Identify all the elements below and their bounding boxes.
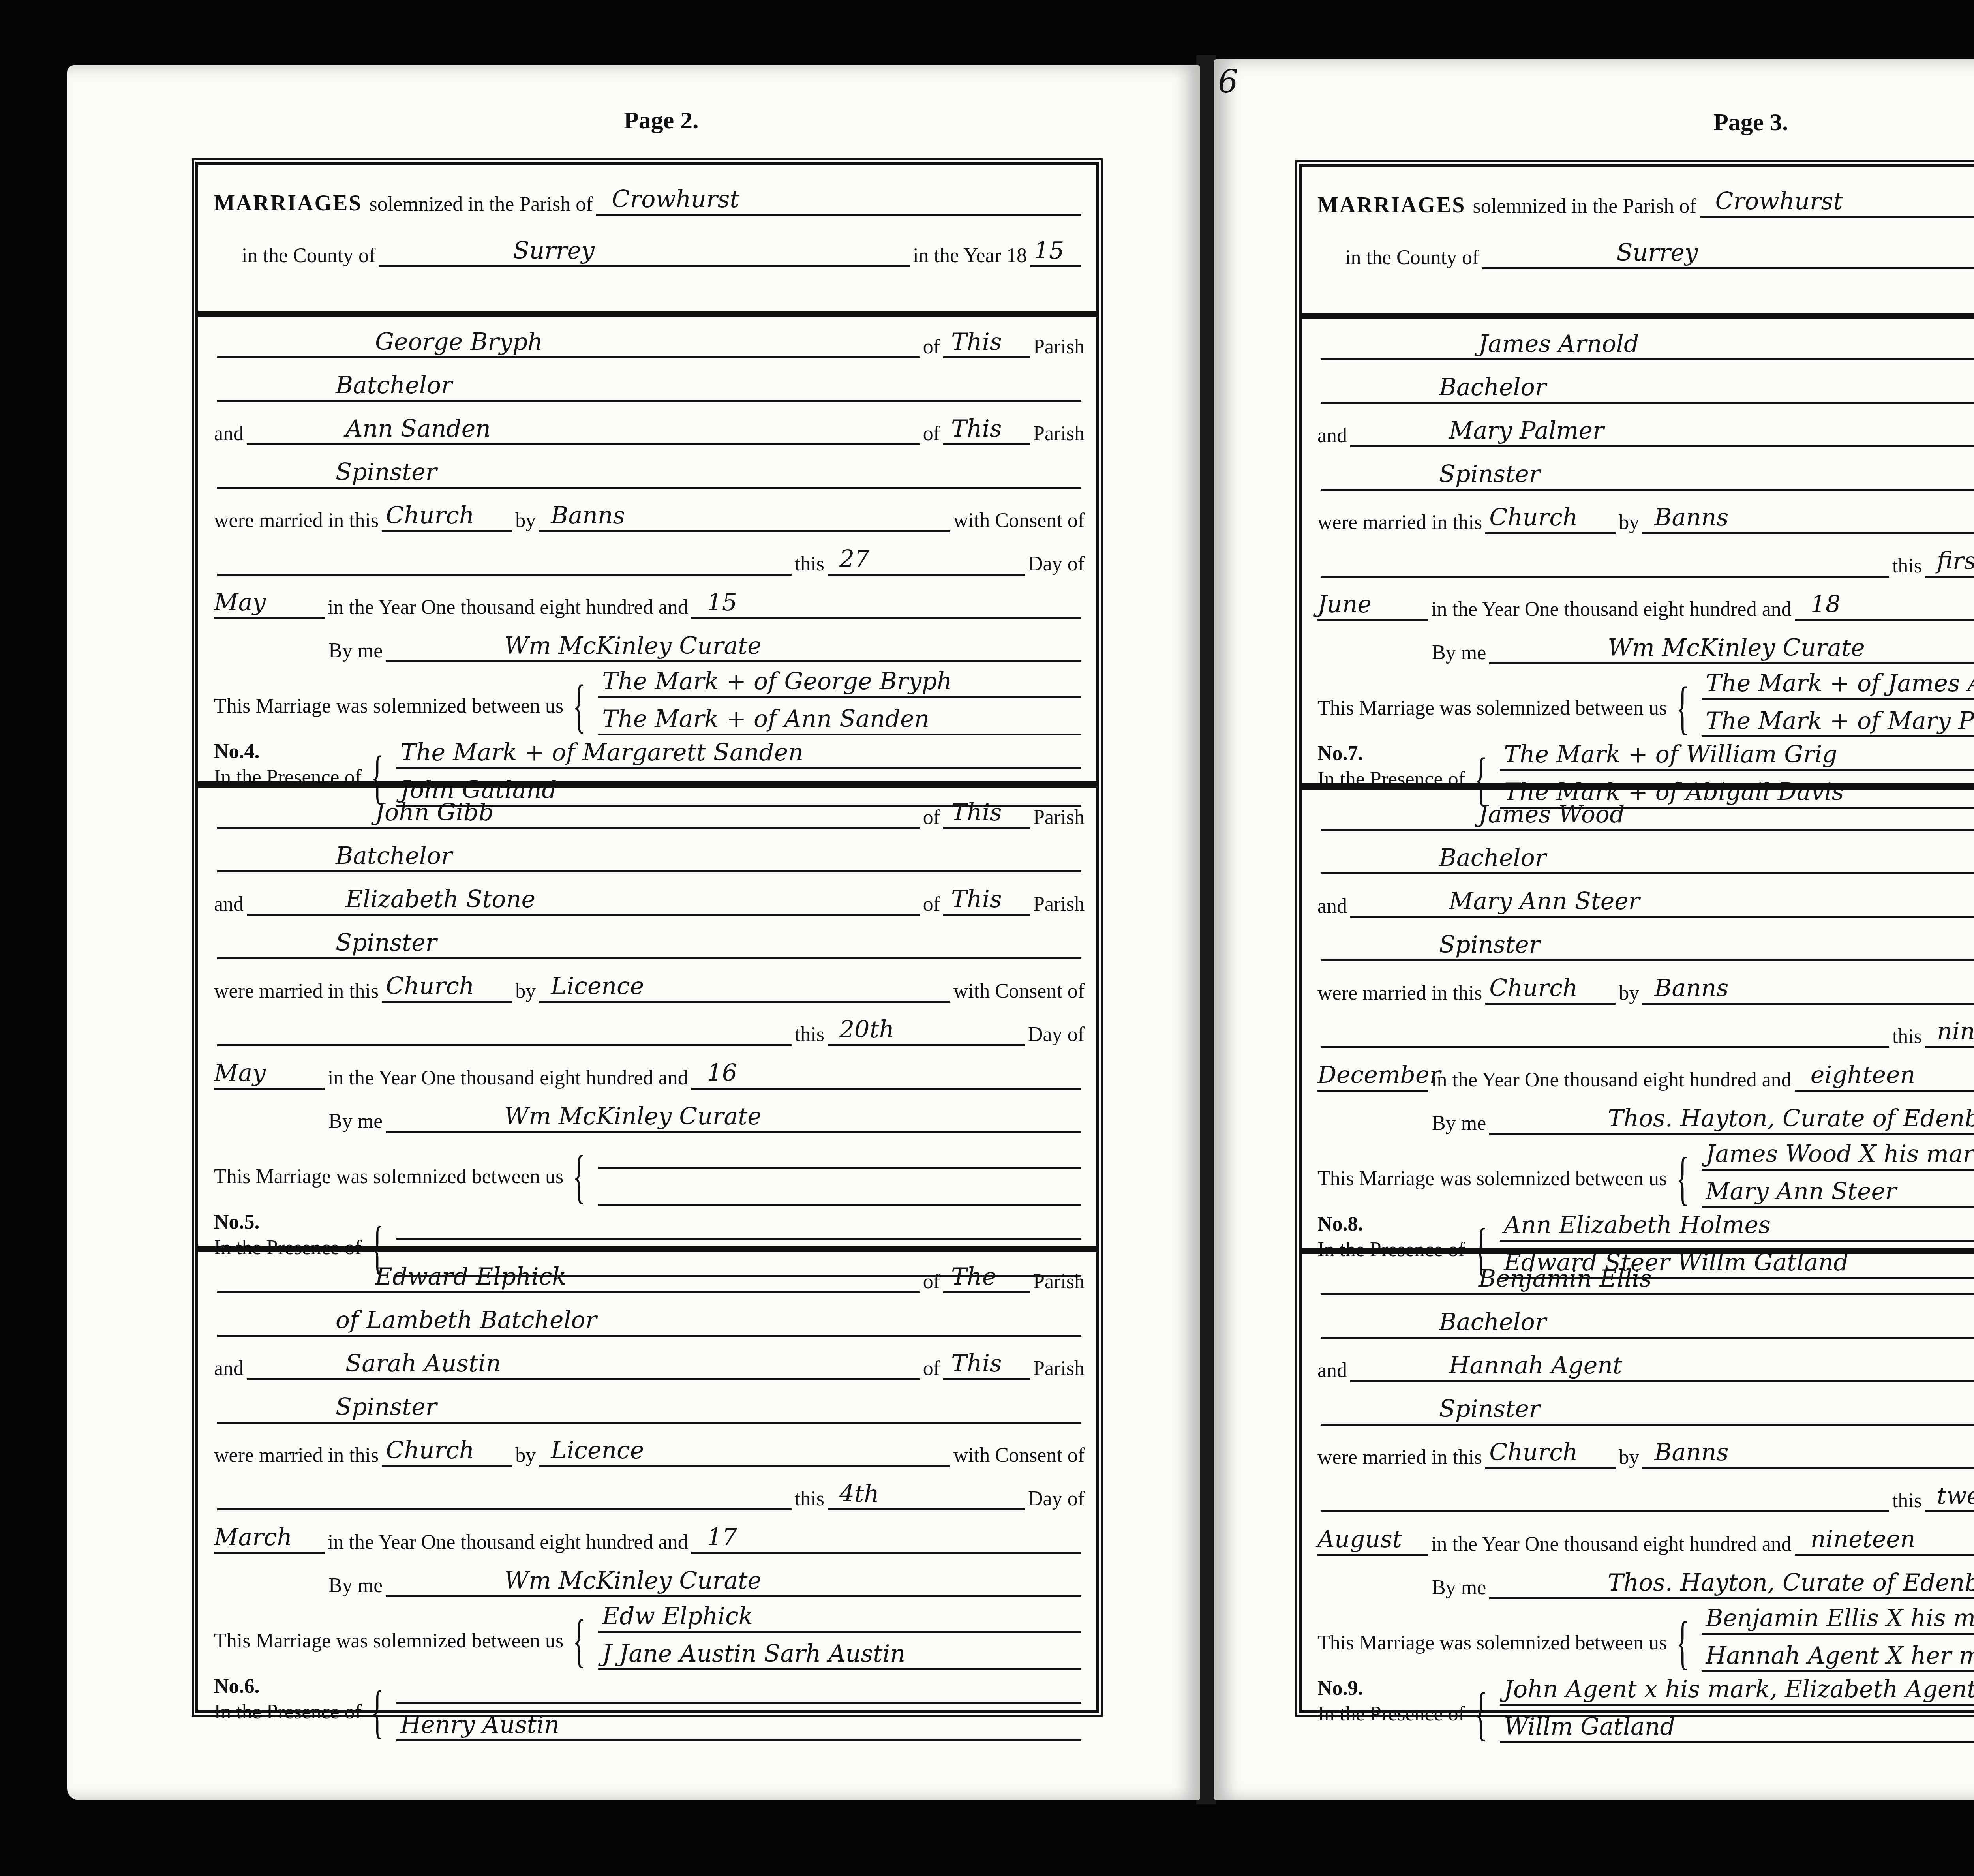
method-field: Banns — [1642, 979, 1974, 1005]
signatures-block — [595, 1139, 1085, 1214]
label-year-phrase: in the Year One thousand eight hundred a… — [1431, 1533, 1792, 1556]
entry-number: No.6. — [214, 1675, 260, 1698]
label-year-phrase: in the Year One thousand eight hundred a… — [328, 1531, 688, 1554]
label-by-me: By me — [328, 1574, 383, 1597]
bride-name: Hannah Agent — [1449, 1352, 1622, 1379]
groom-name: James Arnold — [1479, 330, 1639, 358]
groom-name: James Wood — [1479, 801, 1625, 828]
witness-1: Ann Elizabeth Holmes — [1504, 1211, 1771, 1239]
witness-line — [396, 1210, 1081, 1240]
groom-status-field: of Lambeth Batchelor — [217, 1311, 1081, 1337]
label-married-in: were married in this — [214, 979, 379, 1003]
marriage-entry: Benjamin Ellis of this Parish Bachelor a… — [1302, 1248, 1974, 1724]
county-value: Surrey — [513, 237, 595, 265]
witness-2: Henry Austin — [400, 1711, 559, 1739]
signature-2: Hannah Agent X her mark — [1706, 1642, 1974, 1670]
groom-field: Edward Elphick — [217, 1268, 920, 1293]
label-solemnized: This Marriage was solemnized between us — [214, 694, 563, 718]
label-married-in: were married in this — [214, 1444, 379, 1467]
parish-value: Crowhurst — [1715, 188, 1843, 215]
groom-status-field: Batchelor — [217, 376, 1081, 402]
entry-year-field: 17 — [691, 1528, 1081, 1554]
day-field: 4th — [828, 1485, 1025, 1510]
entry-year-value: nineteen — [1811, 1525, 1916, 1553]
parish-value: Crowhurst — [612, 186, 739, 213]
parish-field: Crowhurst — [596, 190, 1081, 216]
month-field: August — [1317, 1530, 1428, 1556]
label-by: by — [515, 1444, 536, 1467]
consent-field — [1321, 1487, 1889, 1512]
header-year-label: in the Year 18 — [913, 244, 1027, 267]
day-value: 27 — [839, 545, 869, 573]
label-solemnized: This Marriage was solemnized between us — [1317, 1167, 1667, 1190]
witness-1: The Mark + of Margarett Sanden — [400, 739, 803, 766]
day-field: twenty third — [1925, 1487, 1974, 1512]
label-married-in: were married in this — [1317, 981, 1482, 1005]
label-presence: In the Presence of — [1317, 1702, 1465, 1726]
place-value: Church — [386, 972, 474, 1000]
method-field: Banns — [539, 507, 950, 532]
label-solemnized: This Marriage was solemnized between us — [214, 1165, 563, 1188]
bride-status-field: Spinster — [217, 1398, 1081, 1424]
groom-parish-field: This — [943, 803, 1030, 829]
month-value: May — [214, 589, 266, 616]
bride-status-field: Spinster — [1321, 936, 1974, 961]
groom-status-field: Bachelor — [1321, 849, 1974, 874]
consent-field — [217, 550, 792, 576]
label-this: this — [1892, 1025, 1922, 1048]
entry-year-value: 15 — [707, 589, 737, 616]
day-value: nineteenth — [1937, 1018, 1974, 1045]
place-field: Church — [1485, 508, 1616, 534]
day-field: 20th — [828, 1021, 1025, 1046]
method-field: Banns — [1642, 508, 1974, 534]
label-year-phrase: in the Year One thousand eight hundred a… — [328, 596, 688, 619]
year-field: 15 — [1030, 242, 1081, 267]
method-field: Licence — [539, 1441, 950, 1467]
label-parish: Parish — [1033, 893, 1085, 916]
groom-parish-field: This — [943, 333, 1030, 358]
officiant-field: Wm McKinley Curate — [1489, 639, 1974, 664]
entry-year-value: eighteen — [1811, 1061, 1916, 1089]
brace: { — [573, 1617, 585, 1664]
groom-field: James Arnold — [1321, 335, 1974, 360]
label-day-of: Day of — [1028, 552, 1085, 576]
bride-field: Ann Sanden — [247, 420, 920, 445]
label-this: this — [1892, 554, 1922, 578]
marriage-form-page-2: MARRIAGES solemnized in the Parish of Cr… — [195, 162, 1099, 1713]
bride-status: Spinster — [336, 458, 437, 486]
officiant-field: Thos. Hayton, Curate of Edenbridge — [1489, 1574, 1974, 1599]
signatures-block: The Mark + of George Bryph The Mark + of… — [595, 668, 1085, 743]
method-field: Banns — [1642, 1443, 1974, 1469]
label-parish: Parish — [1033, 422, 1085, 445]
label-parish: Parish — [1033, 335, 1085, 358]
groom-field: Benjamin Ellis — [1321, 1270, 1974, 1295]
groom-field: John Gibb — [217, 803, 920, 829]
officiant-value: Thos. Hayton, Curate of Edenbridge — [1608, 1569, 1974, 1596]
officiant-field: Thos. Hayton, Curate of Edenbridge — [1489, 1109, 1974, 1135]
place-value: Church — [386, 502, 474, 529]
place-value: Church — [386, 1437, 474, 1464]
bride-field: Elizabeth Stone — [247, 890, 920, 916]
brace: { — [1676, 1155, 1689, 1202]
month-value: March — [214, 1523, 292, 1551]
signature-1: Edw Elphick — [602, 1602, 753, 1630]
label-and: and — [214, 422, 244, 445]
signature-line: The Mark + of James Arnold — [1702, 670, 1974, 700]
marriage-entry: Edward Elphick of The Parish of Lambeth … — [198, 1246, 1096, 1722]
month-field: March — [214, 1528, 325, 1554]
groom-field: James Wood — [1321, 805, 1974, 831]
brace: { — [1676, 684, 1689, 732]
month-value: December — [1317, 1061, 1441, 1089]
groom-status: Batchelor — [336, 842, 452, 870]
entry-year-field: nineteen — [1795, 1530, 1974, 1556]
witness-line: Henry Austin — [396, 1712, 1081, 1741]
month-value: August — [1317, 1525, 1402, 1553]
label-and: and — [214, 1357, 244, 1380]
consent-field — [217, 1021, 792, 1046]
signature-line: Mary Ann Steer — [1702, 1178, 1974, 1208]
label-solemnized: This Marriage was solemnized between us — [1317, 1631, 1667, 1655]
header-parish-label: solemnized in the Parish of — [369, 193, 593, 216]
bride-status: Spinster — [336, 929, 437, 957]
header-title-caps: MARRIAGES — [214, 191, 362, 216]
entry-year-field: 15 — [691, 593, 1081, 619]
label-this: this — [795, 1023, 824, 1046]
officiant-value: Wm McKinley Curate — [1608, 634, 1865, 662]
consent-field — [217, 1485, 792, 1510]
label-consent: with Consent of — [953, 979, 1085, 1003]
label-and: and — [214, 893, 244, 916]
bride-parish: This — [951, 885, 1002, 913]
entry-number: No.4. — [214, 740, 260, 763]
entry-number: No.7. — [1317, 742, 1363, 765]
place-field: Church — [1485, 979, 1616, 1005]
label-of: of — [923, 893, 940, 916]
groom-status: of Lambeth Batchelor — [336, 1306, 597, 1334]
bride-field: Sarah Austin — [247, 1354, 920, 1380]
officiant-field: Wm McKinley Curate — [386, 1572, 1081, 1597]
label-married-in: were married in this — [214, 509, 379, 532]
bride-name: Sarah Austin — [345, 1350, 501, 1377]
signature-line: J Jane Austin Sarh Austin — [598, 1641, 1081, 1670]
entry-year-value: 17 — [707, 1523, 737, 1551]
label-consent: with Consent of — [953, 509, 1085, 532]
bride-status-field: Spinster — [1321, 465, 1974, 491]
brace: { — [1475, 1690, 1487, 1737]
consent-field — [1321, 1022, 1889, 1048]
groom-parish: This — [951, 799, 1002, 826]
marriage-entry: George Bryph of This Parish Batchelor an… — [198, 317, 1096, 787]
label-and: and — [1317, 1359, 1347, 1382]
witness-line: John Agent x his mark, Elizabeth Agent x… — [1500, 1676, 1974, 1706]
signatures-block: Benjamin Ellis X his mark Hannah Agent X… — [1698, 1605, 1974, 1680]
day-field: first — [1925, 552, 1974, 578]
officiant-field: Wm McKinley Curate — [386, 637, 1081, 662]
label-by-me: By me — [328, 639, 383, 662]
bride-status-field: Spinster — [217, 934, 1081, 959]
label-year-phrase: in the Year One thousand eight hundred a… — [1431, 1068, 1792, 1092]
bride-status: Spinster — [1439, 1395, 1540, 1423]
month-value: May — [214, 1059, 266, 1087]
signatures-block: The Mark + of James Arnold The Mark + of… — [1698, 670, 1974, 745]
bride-parish: This — [951, 1350, 1002, 1377]
marriage-entry: James Arnold of This Parish Bachelor and… — [1302, 319, 1974, 789]
month-value: June — [1317, 591, 1372, 618]
groom-status-field: Bachelor — [1321, 378, 1974, 404]
method-value: Licence — [551, 972, 644, 1000]
marriage-form-page-3: MARRIAGES solemnized in the Parish of Cr… — [1299, 164, 1974, 1713]
signature-2: The Mark + of Mary Palmer — [1706, 707, 1974, 735]
bride-status: Spinster — [1439, 460, 1540, 488]
label-of: of — [923, 806, 940, 829]
header-title-caps: MARRIAGES — [1317, 193, 1465, 218]
label-and: and — [1317, 895, 1347, 918]
entry-year-value: 16 — [707, 1059, 737, 1087]
entry-number: No.8. — [1317, 1212, 1363, 1236]
bride-status: Spinster — [336, 1393, 437, 1421]
consent-field — [1321, 552, 1889, 578]
day-field: 27 — [828, 550, 1025, 576]
bride-parish-field: This — [943, 1354, 1030, 1380]
place-field: Church — [382, 1441, 512, 1467]
place-field: Church — [1485, 1443, 1616, 1469]
label-day-of: Day of — [1028, 1023, 1085, 1046]
witnesses-block: John Agent x his mark, Elizabeth Agent x… — [1497, 1676, 1974, 1751]
day-value: first — [1937, 547, 1974, 575]
bride-name: Ann Sanden — [345, 415, 491, 443]
entry-year-field: eighteen — [1795, 1066, 1974, 1092]
officiant-value: Wm McKinley Curate — [504, 632, 762, 660]
groom-status: Bachelor — [1439, 1308, 1546, 1336]
groom-name: George Bryph — [375, 328, 543, 356]
label-by: by — [515, 509, 536, 532]
witness-line: Ann Elizabeth Holmes — [1500, 1212, 1974, 1242]
groom-parish: This — [951, 328, 1002, 356]
label-of: of — [923, 422, 940, 445]
bride-name: Mary Palmer — [1449, 417, 1604, 445]
register-header: MARRIAGES solemnized in the Parish of Cr… — [198, 165, 1096, 317]
witness-1: John Agent x his mark, Elizabeth Agent x… — [1504, 1675, 1974, 1703]
page-label: Page 3. — [1713, 109, 1788, 137]
groom-name: Edward Elphick — [375, 1263, 567, 1291]
label-presence: In the Presence of — [214, 1700, 362, 1724]
label-year-phrase: in the Year One thousand eight hundred a… — [1431, 598, 1792, 621]
header-county-label: in the County of — [242, 244, 375, 267]
label-this: this — [1892, 1489, 1922, 1512]
margin-note: 6 — [1218, 63, 1238, 100]
method-field: Licence — [539, 977, 950, 1003]
signature-line: James Wood X his mark — [1702, 1141, 1974, 1171]
groom-parish-field: The — [943, 1268, 1030, 1293]
signature-line: Edw Elphick — [598, 1603, 1081, 1633]
signatures-block: Edw Elphick J Jane Austin Sarh Austin — [595, 1603, 1085, 1678]
day-value: 4th — [839, 1480, 879, 1508]
signatures-block: James Wood X his mark Mary Ann Steer — [1698, 1141, 1974, 1216]
signature-line — [598, 1176, 1081, 1206]
label-by: by — [1619, 1446, 1639, 1469]
label-by: by — [515, 979, 536, 1003]
county-field: Surrey — [379, 242, 910, 267]
day-field: nineteenth — [1925, 1022, 1974, 1048]
signature-1: James Wood X his mark — [1706, 1140, 1974, 1168]
county-field: Surrey — [1482, 244, 1974, 269]
month-field: December — [1317, 1066, 1428, 1092]
place-value: Church — [1489, 1439, 1578, 1466]
year-value: 15 — [1034, 237, 1064, 265]
signature-2: J Jane Austin Sarh Austin — [602, 1640, 905, 1668]
method-value: Banns — [551, 502, 625, 529]
label-of: of — [923, 335, 940, 358]
brace: { — [1676, 1619, 1689, 1666]
officiant-value: Wm McKinley Curate — [504, 1567, 762, 1595]
place-field: Church — [382, 977, 512, 1003]
signature-1: The Mark + of George Bryph — [602, 668, 952, 695]
bride-field: Mary Ann Steer — [1350, 892, 1974, 918]
label-parish: Parish — [1033, 1357, 1085, 1380]
witness-2: Willm Gatland — [1504, 1713, 1675, 1741]
method-value: Banns — [1654, 1439, 1728, 1466]
label-married-in: were married in this — [1317, 1446, 1482, 1469]
register-header: MARRIAGES solemnized in the Parish of Cr… — [1302, 167, 1974, 319]
bride-name: Mary Ann Steer — [1449, 887, 1640, 915]
entry-year-field: 18 — [1795, 595, 1974, 621]
method-value: Banns — [1654, 974, 1728, 1002]
bride-field: Hannah Agent — [1350, 1356, 1974, 1382]
officiant-value: Wm McKinley Curate — [504, 1103, 762, 1130]
label-of: of — [923, 1270, 940, 1293]
marriage-entry: John Gibb of This Parish Batchelor and E… — [198, 781, 1096, 1257]
groom-name: Benjamin Ellis — [1479, 1265, 1652, 1293]
groom-status-field: Batchelor — [217, 847, 1081, 872]
label-day-of: Day of — [1028, 1487, 1085, 1510]
entry-number: No.5. — [214, 1210, 260, 1234]
witness-line: The Mark + of William Grig — [1500, 741, 1974, 771]
officiant-field: Wm McKinley Curate — [386, 1107, 1081, 1133]
bride-status-field: Spinster — [217, 463, 1081, 489]
bride-status: Spinster — [1439, 931, 1540, 959]
month-field: May — [214, 593, 325, 619]
signature-line: Benjamin Ellis X his mark — [1702, 1605, 1974, 1635]
county-value: Surrey — [1616, 239, 1698, 266]
groom-status: Bachelor — [1439, 373, 1546, 401]
header-county-label: in the County of — [1345, 246, 1479, 269]
signature-2: The Mark + of Ann Sanden — [602, 705, 929, 733]
groom-status-field: Bachelor — [1321, 1313, 1974, 1339]
bride-field: Mary Palmer — [1350, 422, 1974, 447]
signature-line: The Mark + of Mary Palmer — [1702, 708, 1974, 737]
day-value: 20th — [839, 1016, 894, 1043]
label-this: this — [795, 1487, 824, 1510]
signature-line: Hannah Agent X her mark — [1702, 1643, 1974, 1672]
label-parish: Parish — [1033, 1270, 1085, 1293]
bride-status-field: Spinster — [1321, 1400, 1974, 1426]
groom-status: Bachelor — [1439, 844, 1546, 872]
bride-name: Elizabeth Stone — [345, 885, 535, 913]
label-by: by — [1619, 511, 1639, 534]
witness-line — [396, 1674, 1081, 1704]
signature-1: Benjamin Ellis X his mark — [1706, 1604, 1974, 1632]
signature-line — [598, 1139, 1081, 1169]
signature-2: Mary Ann Steer — [1706, 1178, 1896, 1205]
brace: { — [573, 682, 585, 730]
label-consent: with Consent of — [953, 1444, 1085, 1467]
label-parish: Parish — [1033, 806, 1085, 829]
witnesses-block: Henry Austin — [393, 1674, 1085, 1749]
parish-field: Crowhurst — [1700, 192, 1974, 218]
label-by-me: By me — [328, 1110, 383, 1133]
groom-field: George Bryph — [217, 333, 920, 358]
label-by-me: By me — [1432, 1112, 1486, 1135]
groom-parish: The — [951, 1263, 996, 1291]
witness-1: The Mark + of William Grig — [1504, 741, 1837, 768]
label-by: by — [1619, 981, 1639, 1005]
method-value: Licence — [551, 1437, 644, 1464]
label-this: this — [795, 552, 824, 576]
place-value: Church — [1489, 504, 1578, 531]
brace: { — [573, 1153, 585, 1200]
label-solemnized: This Marriage was solemnized between us — [214, 1629, 563, 1653]
bride-parish: This — [951, 415, 1002, 443]
entry-number: No.9. — [1317, 1677, 1363, 1700]
label-by-me: By me — [1432, 1576, 1486, 1599]
signature-line: The Mark + of Ann Sanden — [598, 706, 1081, 735]
page-label: Page 2. — [624, 107, 698, 135]
bride-parish-field: This — [943, 890, 1030, 916]
day-value: twenty third — [1937, 1482, 1974, 1510]
bride-parish-field: This — [943, 420, 1030, 445]
brace: { — [371, 1688, 384, 1735]
signature-1: The Mark + of James Arnold — [1706, 670, 1974, 697]
marriage-entry: James Wood of This Parish Bachelor and M… — [1302, 783, 1974, 1259]
entry-year-field: 16 — [691, 1064, 1081, 1090]
signature-line: The Mark + of George Bryph — [598, 668, 1081, 698]
label-and: and — [1317, 424, 1347, 447]
label-married-in: were married in this — [1317, 511, 1482, 534]
groom-name: John Gibb — [375, 799, 493, 826]
month-field: May — [214, 1064, 325, 1090]
place-value: Church — [1489, 974, 1578, 1002]
entry-year-value: 18 — [1811, 591, 1841, 618]
label-by-me: By me — [1432, 641, 1486, 664]
month-field: June — [1317, 595, 1428, 621]
witness-line: The Mark + of Margarett Sanden — [396, 739, 1081, 769]
label-solemnized: This Marriage was solemnized between us — [1317, 696, 1667, 720]
label-year-phrase: in the Year One thousand eight hundred a… — [328, 1066, 688, 1090]
place-field: Church — [382, 507, 512, 532]
witness-line: Willm Gatland — [1500, 1714, 1974, 1743]
label-of: of — [923, 1357, 940, 1380]
groom-status: Batchelor — [336, 371, 452, 399]
officiant-value: Thos. Hayton, Curate of Edenbridge — [1608, 1105, 1974, 1132]
header-parish-label: solemnized in the Parish of — [1473, 195, 1696, 218]
method-value: Banns — [1654, 504, 1728, 531]
